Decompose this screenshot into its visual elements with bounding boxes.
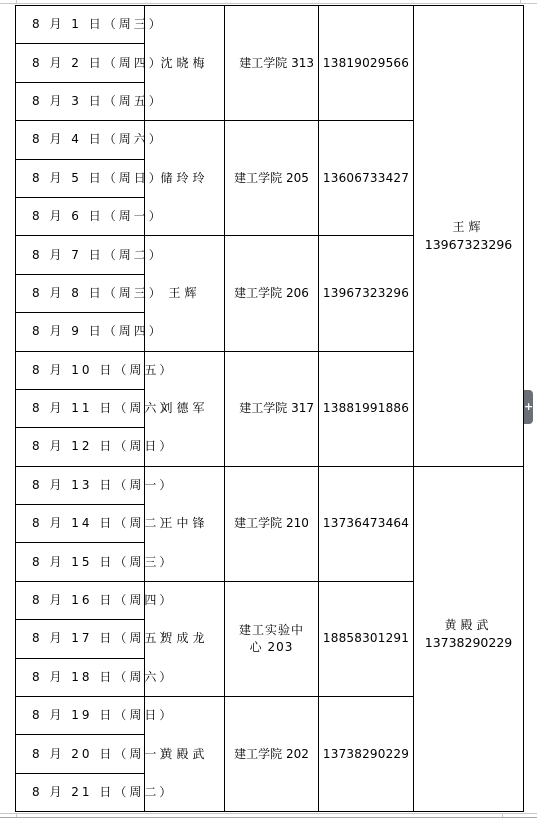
date-cell: 8 月 9 日（周四） [16,313,145,351]
margin-fill [0,814,537,817]
supervisor-name: 黄殿武 [414,617,523,634]
supervisor-cell: 王辉 13967323296 [414,6,524,467]
phone-cell: 13736473464 [319,466,414,581]
date-cell: 8 月 18 日（周六） [16,658,145,696]
phone-cell: 13819029566 [319,6,414,121]
supervisor-phone: 13967323296 [414,236,523,253]
date-cell: 8 月 5 日（周日） [16,159,145,197]
location-cell: 建工学院 317 [225,351,319,466]
table-row: 8 月 1 日（周三） 沈晓梅 建工学院 313 13819029566 王辉 … [16,6,524,44]
supervisor-cell: 黄殿武 13738290229 [414,466,524,812]
duty-schedule-table: 8 月 1 日（周三） 沈晓梅 建工学院 313 13819029566 王辉 … [15,5,524,812]
date-cell: 8 月 16 日（周四） [16,581,145,619]
date-cell: 8 月 8 日（周三） [16,274,145,312]
date-cell: 8 月 12 日（周日） [16,428,145,466]
date-cell: 8 月 11 日（周六） [16,389,145,427]
date-cell: 8 月 20 日（周一） [16,735,145,773]
phone-cell: 13881991886 [319,351,414,466]
date-cell: 8 月 1 日（周三） [16,6,145,44]
margin-corner-left [16,814,17,817]
date-cell: 8 月 19 日（周日） [16,697,145,735]
location-cell: 建工学院 313 [225,6,319,121]
location-cell: 建工学院 205 [225,121,319,236]
page-top-margin [0,0,537,4]
supervisor-name: 王辉 [414,219,523,236]
plus-icon: + [524,400,533,413]
margin-corner-left [16,0,17,4]
expand-panel-tab[interactable]: + [524,390,533,424]
margin-corner-right [502,814,503,817]
date-cell: 8 月 7 日（周二） [16,236,145,274]
phone-cell: 13967323296 [319,236,414,351]
margin-corner-right [520,0,521,4]
location-cell: 建工学院 210 [225,466,319,581]
location-cell: 建工实验中心 203 [225,581,319,696]
date-cell: 8 月 2 日（周四） [16,44,145,82]
date-cell: 8 月 21 日（周二） [16,773,145,811]
date-cell: 8 月 3 日（周五） [16,82,145,120]
location-cell: 建工学院 202 [225,697,319,812]
table-row: 8 月 13 日（周一） 王中锋 建工学院 210 13736473464 黄殿… [16,466,524,504]
phone-cell: 13738290229 [319,697,414,812]
date-cell: 8 月 6 日（周一） [16,197,145,235]
supervisor-phone: 13738290229 [414,634,523,651]
date-cell: 8 月 10 日（周五） [16,351,145,389]
date-cell: 8 月 14 日（周二） [16,505,145,543]
date-cell: 8 月 17 日（周五） [16,620,145,658]
date-cell: 8 月 4 日（周六） [16,121,145,159]
phone-cell: 13606733427 [319,121,414,236]
page-bottom-margin [0,813,537,818]
date-cell: 8 月 15 日（周三） [16,543,145,581]
location-cell: 建工学院 206 [225,236,319,351]
phone-cell: 18858301291 [319,581,414,696]
date-cell: 8 月 13 日（周一） [16,466,145,504]
